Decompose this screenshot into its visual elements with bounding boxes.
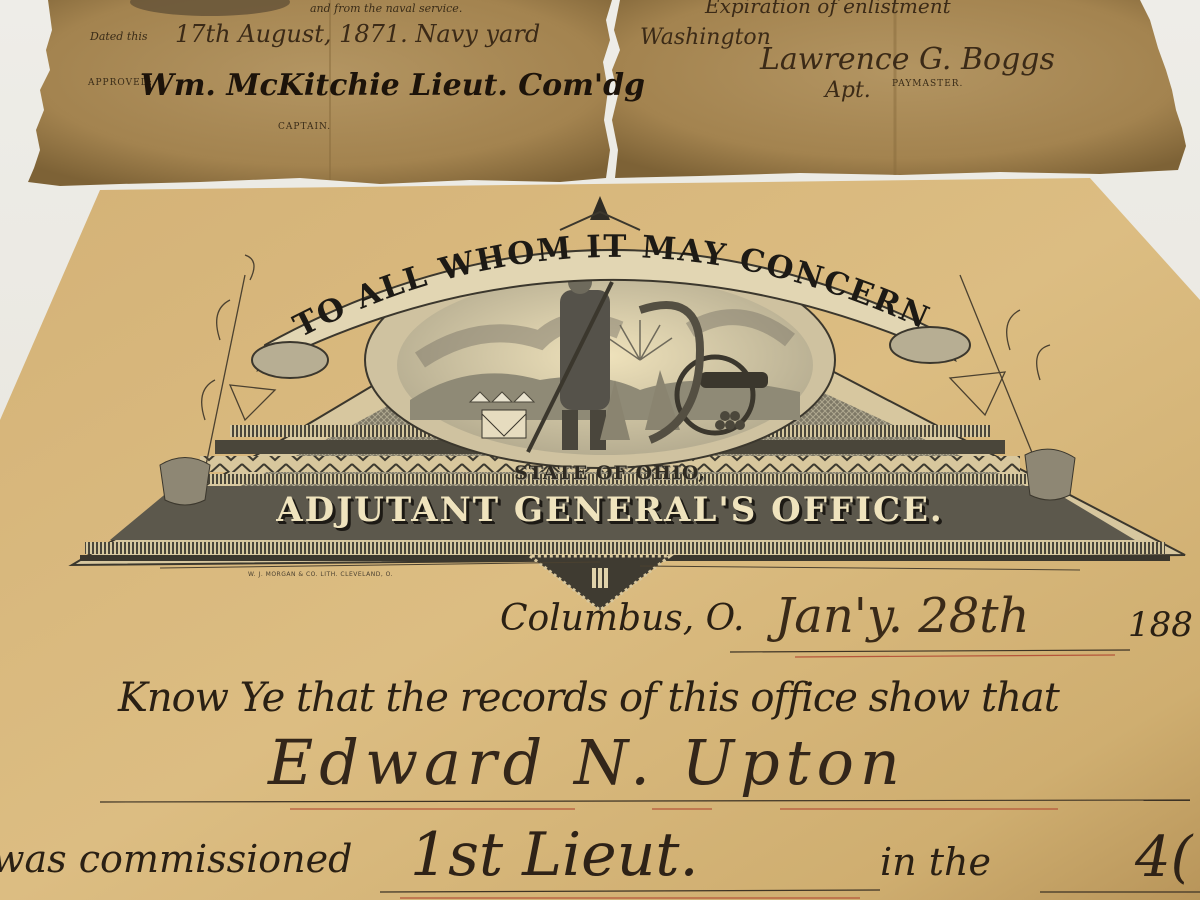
rank-handwritten: 1st Lieut. (410, 820, 699, 890)
adjutant-general-office-title: ADJUTANT GENERAL'S OFFICE. (180, 490, 1040, 530)
regiment-handwritten: 4( (1135, 825, 1192, 890)
preamble-text: Know Ye that the records of this office … (118, 675, 1059, 721)
year-printed: 188 (1128, 605, 1193, 645)
place-printed: Columbus, O. (500, 598, 745, 639)
state-of-ohio-heading: STATE OF OHIO, (470, 462, 750, 484)
officer-name-handwritten: Edward N. Upton (268, 726, 906, 799)
lithographer-credit: W. J. MORGAN & CO. LITH. CLEVELAND, O. (248, 571, 393, 578)
ohio-certificate: TO ALL WHOM IT MAY CONCERN STATE OF OHIO… (0, 0, 1200, 900)
commission-text: was commissioned (0, 837, 352, 881)
date-handwritten: Jan'y. 28th (775, 588, 1030, 644)
in-the-text: in the (880, 840, 991, 884)
